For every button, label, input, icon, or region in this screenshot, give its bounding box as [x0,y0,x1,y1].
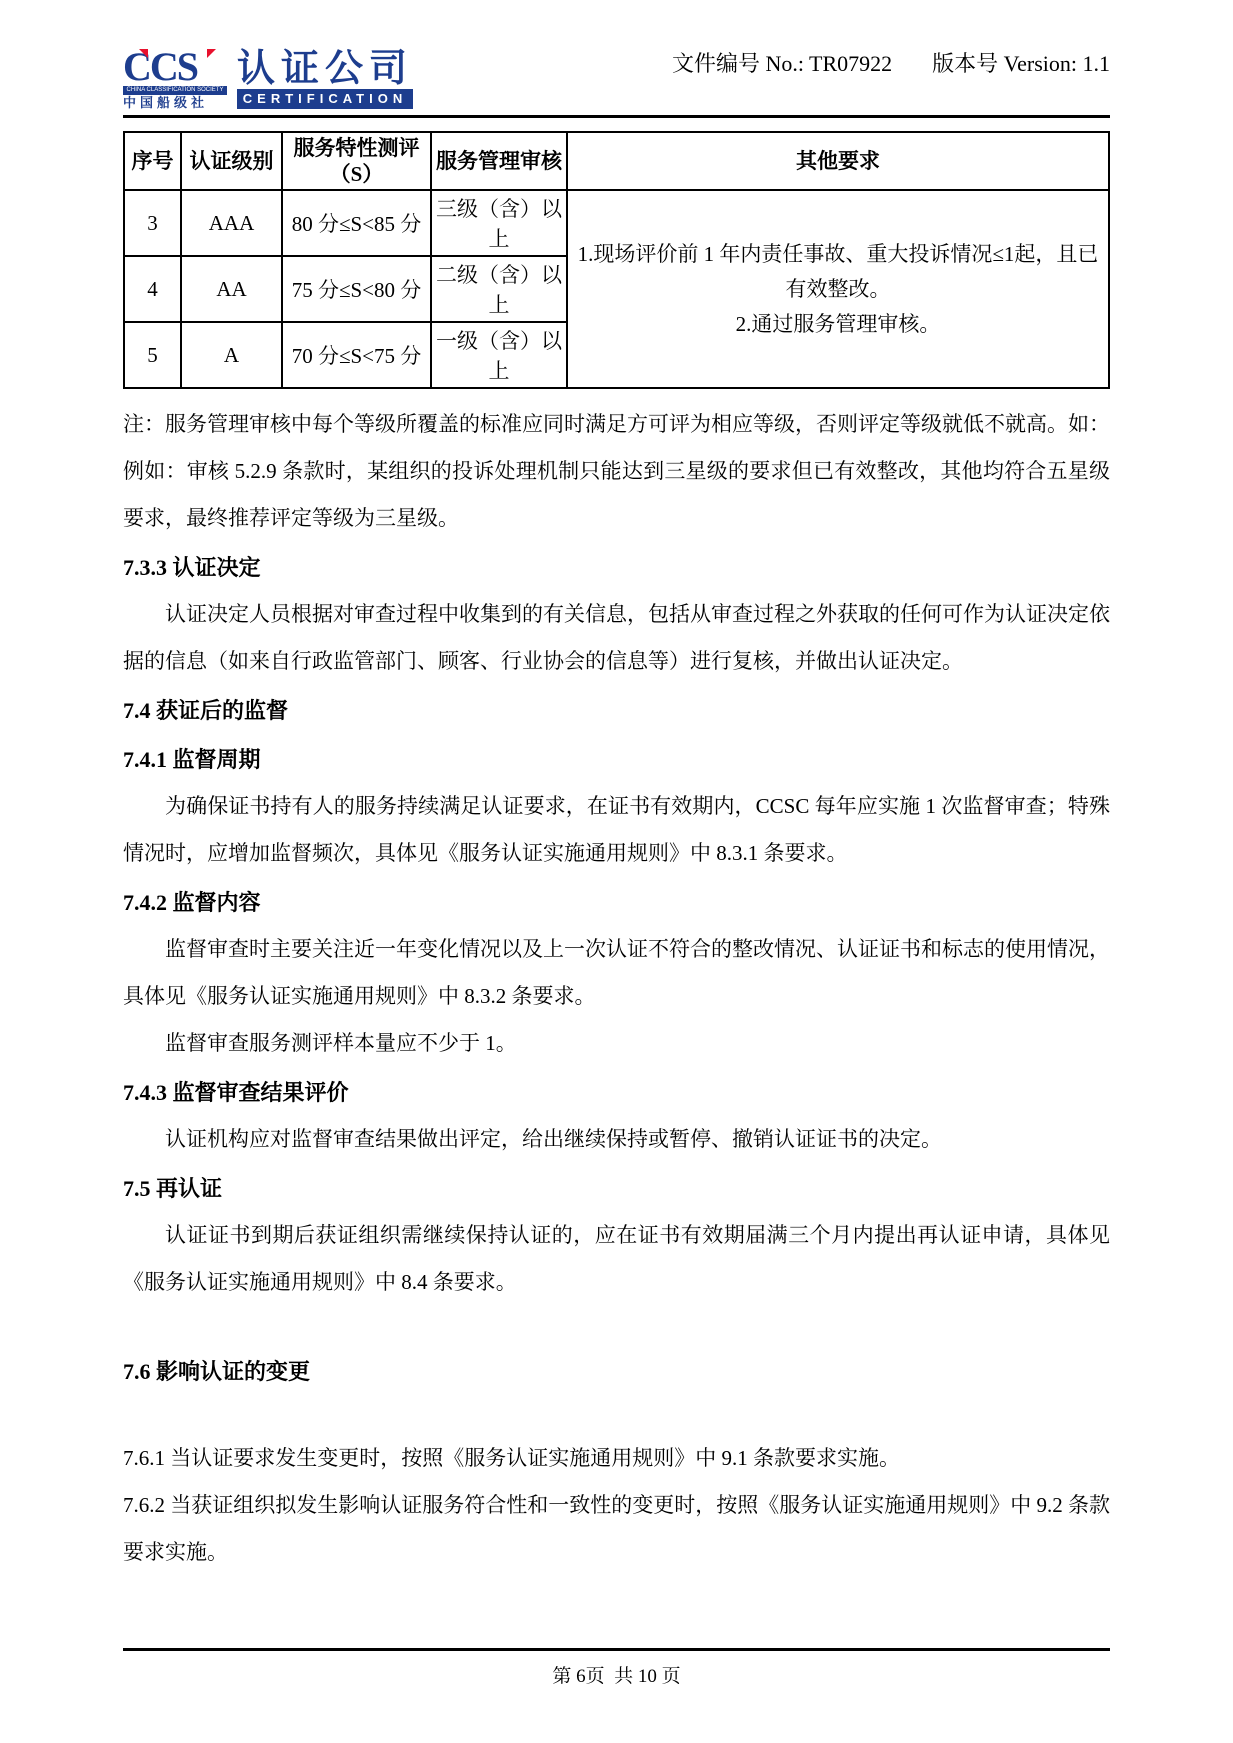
paragraph: 监督审查服务测评样本量应不少于 1。 [123,1020,1110,1067]
cell-level: AAA [181,190,282,256]
doc-version: 版本号 Version: 1.1 [932,51,1110,76]
rating-table: 序号 认证级别 服务特性测评（S） 服务管理审核 其他要求 3 AAA 80 分… [123,131,1110,389]
ccs-logo-right: 认证公司 CERTIFICATION [237,49,413,109]
section-heading-7-5: 7.5 再认证 [123,1165,1110,1212]
cell-audit: 一级（含）以上 [431,322,567,388]
paragraph: 监督审查时主要关注近一年变化情况以及上一次认证不符合的整改情况、认证证书和标志的… [123,926,1110,1020]
document-footer: 第 6页 共 10 页 [123,1648,1110,1688]
paragraph: 7.6.1 当认证要求发生变更时，按照《服务认证实施通用规则》中 9.1 条款要… [123,1435,1110,1482]
ccs-red-accent-icon [207,49,216,58]
paragraph: 7.6.2 当获证组织拟发生影响认证服务符合性和一致性的变更时，按照《服务认证实… [123,1482,1110,1576]
table-header-row: 序号 认证级别 服务特性测评（S） 服务管理审核 其他要求 [124,132,1109,190]
certification-en-label: CERTIFICATION [237,89,413,109]
section-heading-7-3-3: 7.3.3 认证决定 [123,544,1110,591]
section-heading-7-4: 7.4 获证后的监督 [123,687,1110,734]
table-note: 注：服务管理审核中每个等级所覆盖的标准应同时满足方可评为相应等级，否则评定等级就… [123,401,1110,542]
ccs-red-accent-icon [139,49,148,58]
cell-no: 3 [124,190,181,256]
cell-audit: 二级（含）以上 [431,256,567,322]
document-body: 注：服务管理审核中每个等级所覆盖的标准应同时满足方可评为相应等级，否则评定等级就… [123,401,1110,1576]
table-row: 3 AAA 80 分≤S<85 分 三级（含）以上 1.现场评价前 1 年内责任… [124,190,1109,256]
col-header-no: 序号 [124,132,181,190]
paragraph: 为确保证书持有人的服务持续满足认证要求，在证书有效期内，CCSC 每年应实施 1… [123,783,1110,877]
col-header-score: 服务特性测评（S） [282,132,431,190]
section-heading-7-4-2: 7.4.2 监督内容 [123,879,1110,926]
cell-score: 80 分≤S<85 分 [282,190,431,256]
paragraph: 认证机构应对监督审查结果做出评定，给出继续保持或暂停、撤销认证证书的决定。 [123,1116,1110,1163]
cell-no: 4 [124,256,181,322]
ccs-logo-left: CCS CHINA CLASSIFICATION SOCIETY 中国船级社 [123,49,227,111]
document-meta: 文件编号 No.: TR07922版本号 Version: 1.1 [639,19,1110,111]
ccs-society-en-label: CHINA CLASSIFICATION SOCIETY [123,86,227,95]
col-header-other: 其他要求 [567,132,1109,190]
document-header: CCS CHINA CLASSIFICATION SOCIETY 中国船级社 认… [123,46,1110,118]
cell-audit: 三级（含）以上 [431,190,567,256]
paragraph: 认证决定人员根据对审查过程中收集到的有关信息，包括从审查过程之外获取的任何可作为… [123,591,1110,685]
certification-company-cn-label: 认证公司 [237,49,413,89]
document-page: CCS CHINA CLASSIFICATION SOCIETY 中国船级社 认… [0,0,1233,1743]
ccs-society-cn-label: 中国船级社 [123,95,227,111]
paragraph: 认证证书到期后获证组织需继续保持认证的，应在证书有效期届满三个月内提出再认证申请… [123,1212,1110,1306]
col-header-audit: 服务管理审核 [431,132,567,190]
cell-other-requirements: 1.现场评价前 1 年内责任事故、重大投诉情况≤1起，且已有效整改。 2.通过服… [567,190,1109,388]
cell-level: AA [181,256,282,322]
cell-level: A [181,322,282,388]
ccs-logo: CCS CHINA CLASSIFICATION SOCIETY 中国船级社 认… [123,49,413,111]
cell-score: 70 分≤S<75 分 [282,322,431,388]
col-header-level: 认证级别 [181,132,282,190]
cell-score: 75 分≤S<80 分 [282,256,431,322]
section-heading-7-4-1: 7.4.1 监督周期 [123,736,1110,783]
cell-no: 5 [124,322,181,388]
section-heading-7-6: 7.6 影响认证的变更 [123,1348,1110,1395]
page-number: 第 6页 共 10 页 [552,1666,680,1687]
section-heading-7-4-3: 7.4.3 监督审查结果评价 [123,1069,1110,1116]
doc-number: 文件编号 No.: TR07922 [672,51,892,76]
